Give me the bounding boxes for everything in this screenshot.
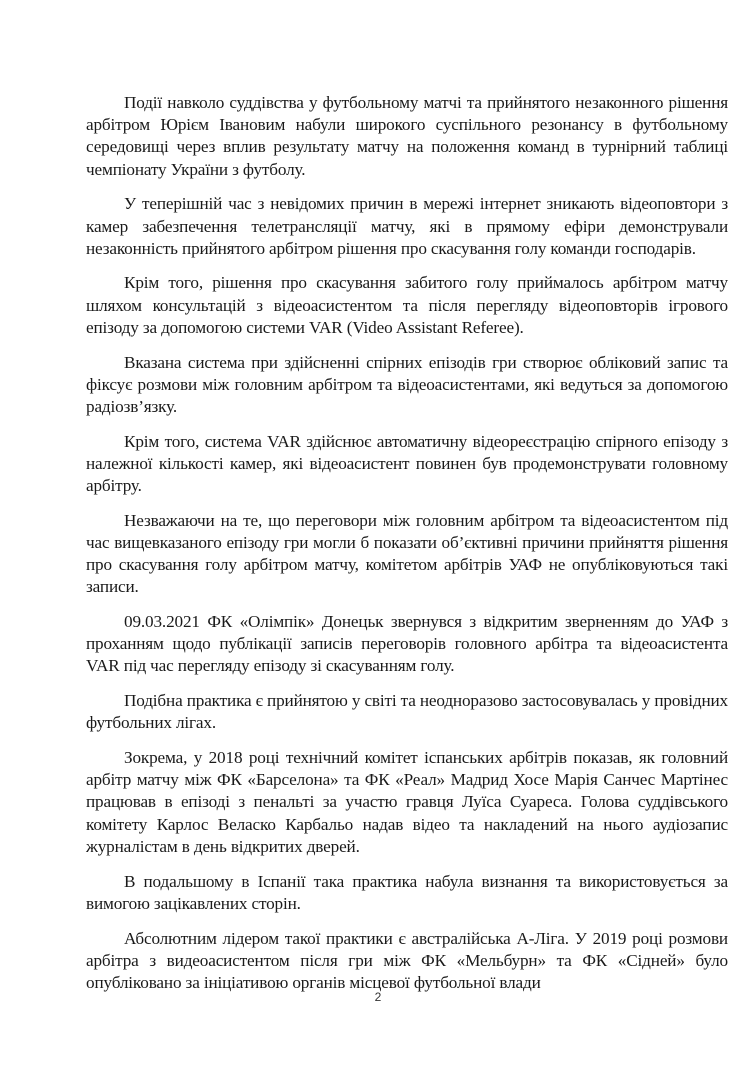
paragraph-10: В подальшому в Іспанії така практика наб… [86, 871, 728, 915]
paragraph-7: 09.03.2021 ФК «Олімпік» Донецьк звернувс… [86, 611, 728, 678]
paragraph-11: Абсолютним лідером такої практики є авст… [86, 928, 728, 995]
paragraph-5: Крім того, система VAR здійснює автомати… [86, 431, 728, 498]
paragraph-8: Подібна практика є прийнятою у світі та … [86, 690, 728, 734]
document-page: Події навколо суддівства у футбольному м… [86, 92, 728, 1007]
page-number: 2 [0, 990, 756, 1004]
paragraph-3: Крім того, рішення про скасування забито… [86, 272, 728, 339]
paragraph-6: Незважаючи на те, що переговори між голо… [86, 510, 728, 599]
paragraph-4: Вказана система при здійсненні спірних е… [86, 352, 728, 419]
paragraph-9: Зокрема, у 2018 році технічний комітет і… [86, 747, 728, 858]
paragraph-2: У теперішній час з невідомих причин в ме… [86, 193, 728, 260]
paragraph-1: Події навколо суддівства у футбольному м… [86, 92, 728, 181]
